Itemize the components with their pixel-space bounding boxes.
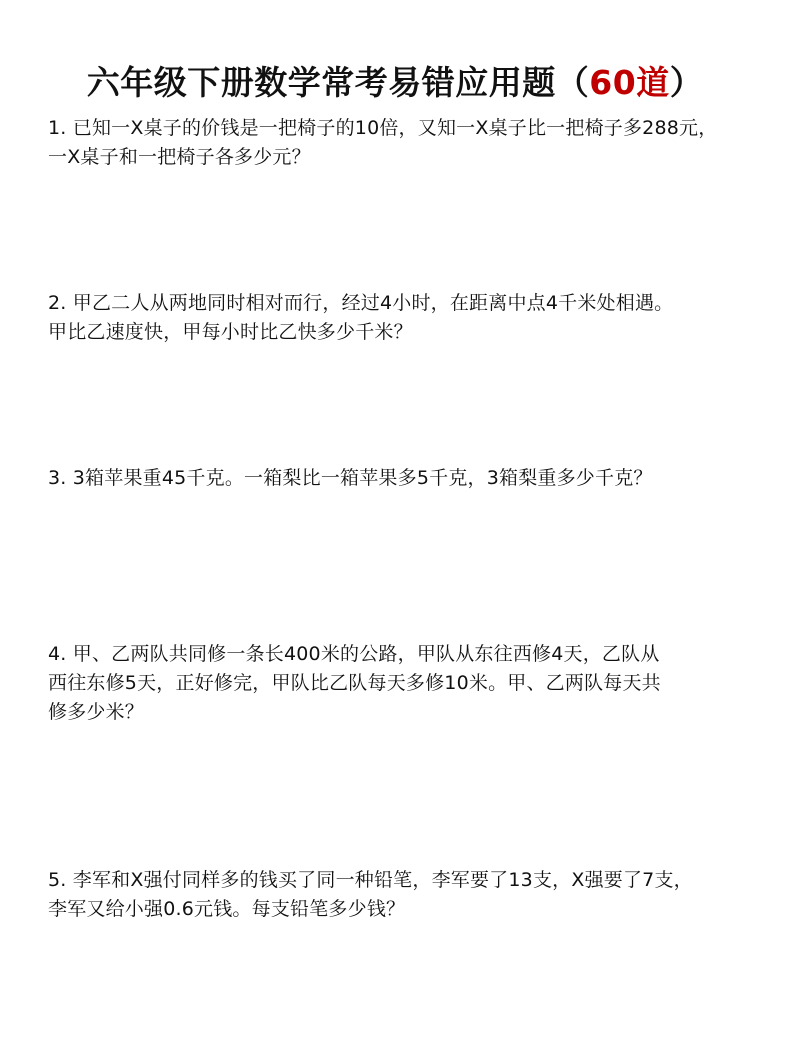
question-line: 西往东修5天，正好修完，甲队比乙队每天多修10米。甲、乙两队每天共 [48,669,768,698]
question-line: 4. 甲、乙两队共同修一条长400米的公路，甲队从东往西修4天，乙队从 [48,640,768,669]
question-line: 2. 甲乙二人从两地同时相对而行，经过4小时，在距离中点4千米处相遇。 [48,289,768,318]
question-1: 1. 已知一X桌子的价钱是一把椅子的10倍，又知一X桌子比一把椅子多288元， … [48,114,768,172]
question-line: 1. 已知一X桌子的价钱是一把椅子的10倍，又知一X桌子比一把椅子多288元， [48,114,768,143]
title-main: 六年级下册数学常考易错应用题（ [87,63,590,102]
title-close: ） [670,63,704,102]
question-line: 3. 3箱苹果重45千克。一箱梨比一箱苹果多5千克，3箱梨重多少千克？ [48,464,768,493]
question-line: 一X桌子和一把椅子各多少元？ [48,143,768,172]
page-title: 六年级下册数学常考易错应用题（60道） [0,60,790,106]
question-line: 5. 李军和X强付同样多的钱买了同一种铅笔，李军要了13支，X强要了7支， [48,866,768,895]
title-count: 60道 [589,63,669,102]
question-line: 李军又给小强0.6元钱。每支铅笔多少钱？ [48,895,768,924]
question-3: 3. 3箱苹果重45千克。一箱梨比一箱苹果多5千克，3箱梨重多少千克？ [48,464,768,493]
question-4: 4. 甲、乙两队共同修一条长400米的公路，甲队从东往西修4天，乙队从 西往东修… [48,640,768,727]
question-line: 甲比乙速度快，甲每小时比乙快多少千米？ [48,318,768,347]
question-2: 2. 甲乙二人从两地同时相对而行，经过4小时，在距离中点4千米处相遇。 甲比乙速… [48,289,768,347]
question-5: 5. 李军和X强付同样多的钱买了同一种铅笔，李军要了13支，X强要了7支， 李军… [48,866,768,924]
question-line: 修多少米？ [48,698,768,727]
